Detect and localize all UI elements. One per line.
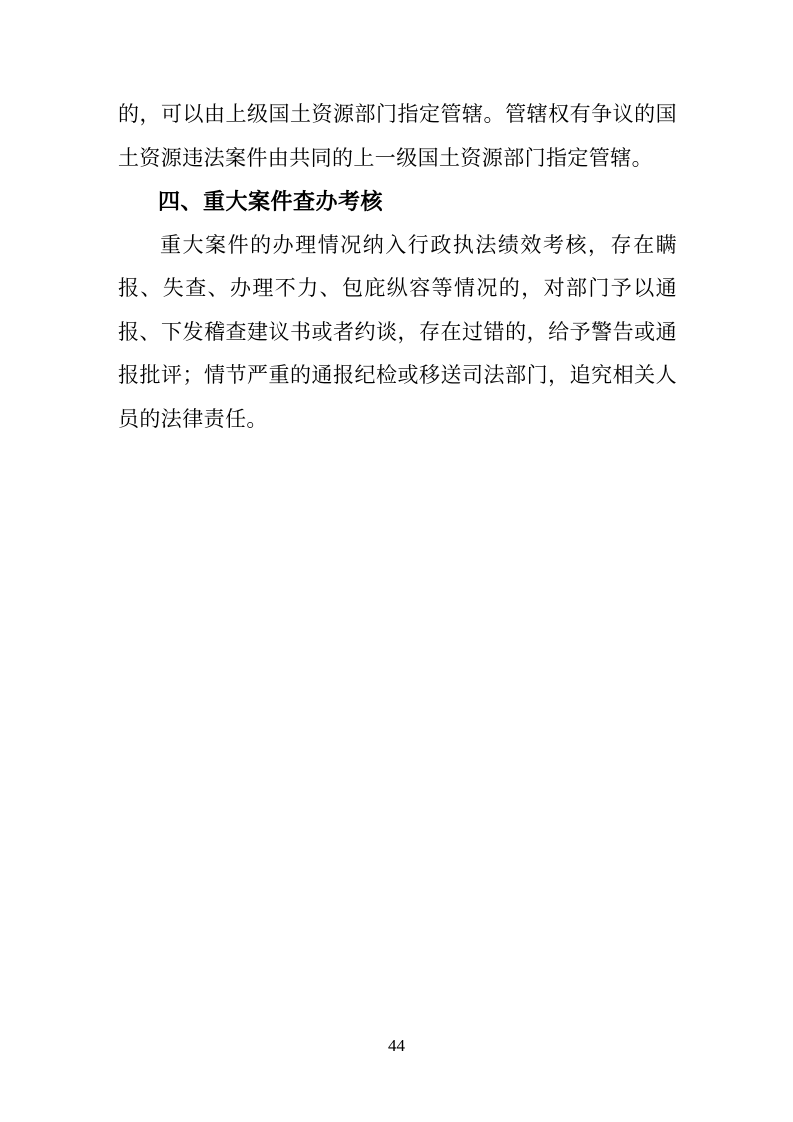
page-footer: 44: [0, 1036, 793, 1056]
section-heading: 四、重大案件查办考核: [118, 180, 677, 224]
document-body: 的，可以由上级国土资源部门指定管辖。管辖权有争议的国土资源违法案件由共同的上一级…: [118, 93, 677, 441]
paragraph-jurisdiction: 的，可以由上级国土资源部门指定管辖。管辖权有争议的国土资源违法案件由共同的上一级…: [118, 93, 677, 180]
document-page: 的，可以由上级国土资源部门指定管辖。管辖权有争议的国土资源违法案件由共同的上一级…: [0, 0, 793, 1122]
paragraph-major-case-assessment: 重大案件的办理情况纳入行政执法绩效考核，存在瞒报、失查、办理不力、包庇纵容等情况…: [118, 224, 677, 442]
page-number: 44: [388, 1036, 405, 1055]
